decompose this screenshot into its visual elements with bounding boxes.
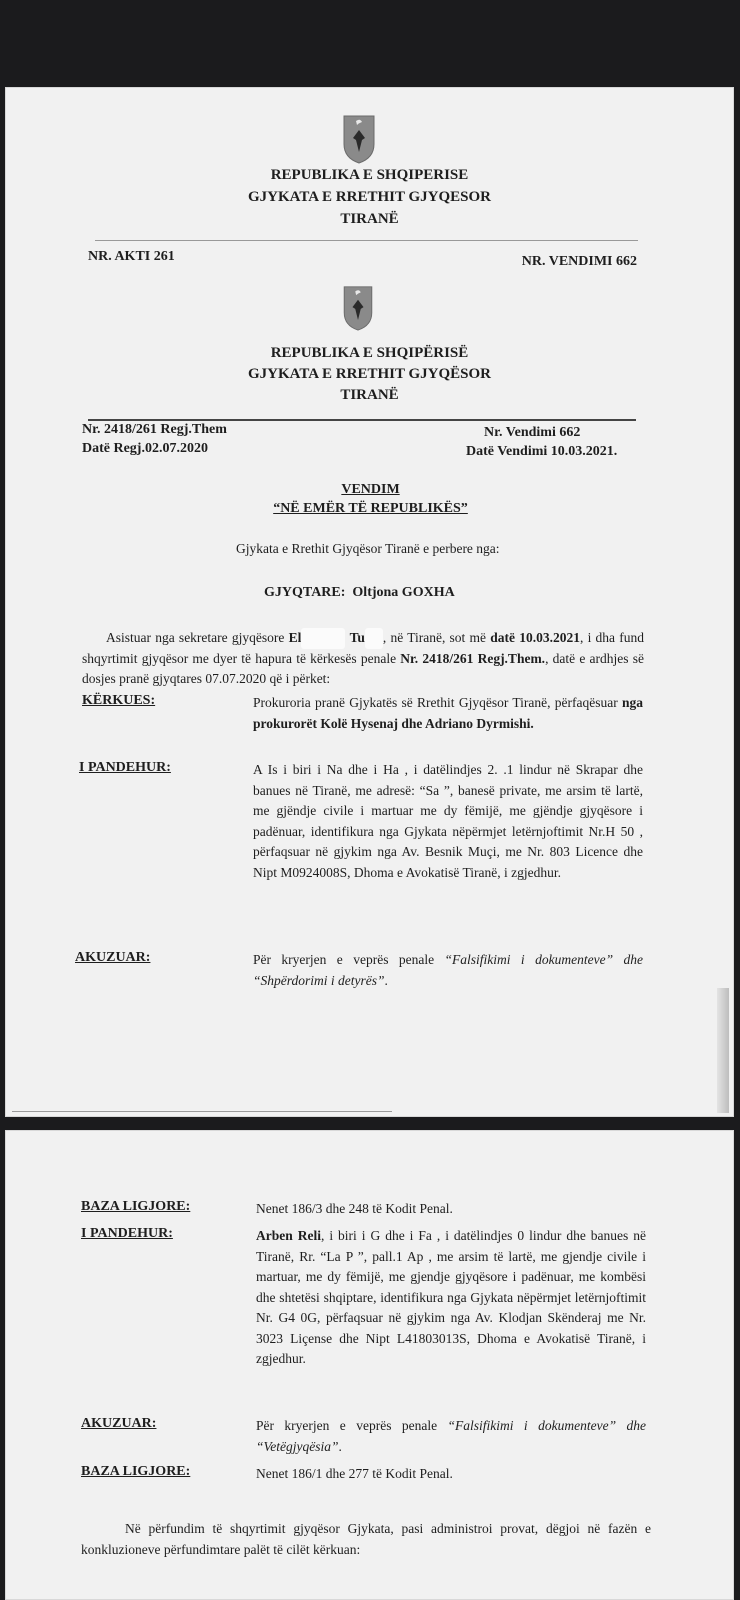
header2-court: GJYKATA E RRETHIT GJYQËSOR	[6, 363, 733, 385]
header1-city: TIRANË	[6, 208, 733, 230]
albanian-coat-of-arms-icon	[341, 285, 375, 331]
akuzuar-text: Për kryerjen e veprës penale “Falsifikim…	[253, 950, 643, 991]
baza-ligjore-text-2: Nenet 186/1 dhe 277 të Kodit Penal.	[256, 1464, 646, 1485]
page-curl-shadow	[717, 988, 729, 1113]
baza-ligjore-label-1: BAZA LIGJORE:	[81, 1199, 190, 1215]
baza-ligjore-label-2: BAZA LIGJORE:	[81, 1464, 190, 1480]
header1-divider	[95, 240, 638, 241]
act-number: NR. AKTI 261	[88, 249, 175, 265]
header2-republic: REPUBLIKA E SHQIPËRISË	[6, 342, 733, 364]
scan-background-top	[0, 0, 740, 87]
pandehur-label: I PANDEHUR:	[79, 760, 171, 776]
intro-paragraph: Asistuar nga sekretare gjyqësore Elxx Tu…	[82, 628, 644, 690]
registry-date: Datë Regj.02.07.2020	[82, 441, 208, 457]
document-page-1: REPUBLIKA E SHQIPERISE GJYKATA E RRETHIT…	[5, 87, 734, 1117]
decision-number-2: Nr. Vendimi 662	[484, 425, 580, 441]
decision-title: VENDIM	[6, 482, 735, 498]
judge-line: GJYQTARE: Oltjona GOXHA	[264, 585, 455, 601]
judge-name: Oltjona GOXHA	[352, 585, 454, 600]
registry-number: Nr. 2418/261 Regj.Them	[82, 422, 227, 438]
conclusion-paragraph: Në përfundim të shqyrtimit gjyqësor Gjyk…	[81, 1519, 651, 1560]
page-edge-line	[12, 1111, 392, 1112]
pandehur-label-2: I PANDEHUR:	[81, 1226, 173, 1242]
decision-number: NR. VENDIMI 662	[522, 254, 637, 270]
judge-label: GJYQTARE:	[264, 585, 345, 600]
akuzuar-label: AKUZUAR:	[75, 950, 150, 966]
redacted-text: xx	[301, 628, 345, 649]
baza-ligjore-text-1: Nenet 186/3 dhe 248 të Kodit Penal.	[256, 1199, 646, 1220]
albanian-coat-of-arms-icon	[342, 114, 376, 164]
court-intro: Gjykata e Rrethit Gjyqësor Tiranë e perb…	[236, 541, 500, 557]
akuzuar-text-2: Për kryerjen e veprës penale “Falsifikim…	[256, 1416, 646, 1457]
header2-divider	[88, 419, 636, 421]
kerkues-text: Prokuroria pranë Gjykatës së Rrethit Gjy…	[253, 693, 643, 734]
header1-republic: REPUBLIKA E SHQIPERISE	[6, 164, 733, 186]
document-page-2: BAZA LIGJORE: Nenet 186/3 dhe 248 të Kod…	[5, 1130, 734, 1600]
header2-city: TIRANË	[6, 384, 733, 406]
pandehur-text: A Is i biri i Na dhe i Ha , i datëlindje…	[253, 760, 643, 883]
akuzuar-label-2: AKUZUAR:	[81, 1416, 156, 1432]
decision-subtitle: “NË EMËR TË REPUBLIKËS”	[6, 501, 735, 517]
redacted-text: x	[365, 628, 383, 649]
pandehur-text-2: Arben Reli, i biri i G dhe i Fa , i datë…	[256, 1226, 646, 1370]
kerkues-label: KËRKUES:	[82, 693, 155, 709]
header1-court: GJYKATA E RRETHIT GJYQESOR	[6, 186, 733, 208]
decision-date: Datë Vendimi 10.03.2021.	[466, 444, 617, 460]
